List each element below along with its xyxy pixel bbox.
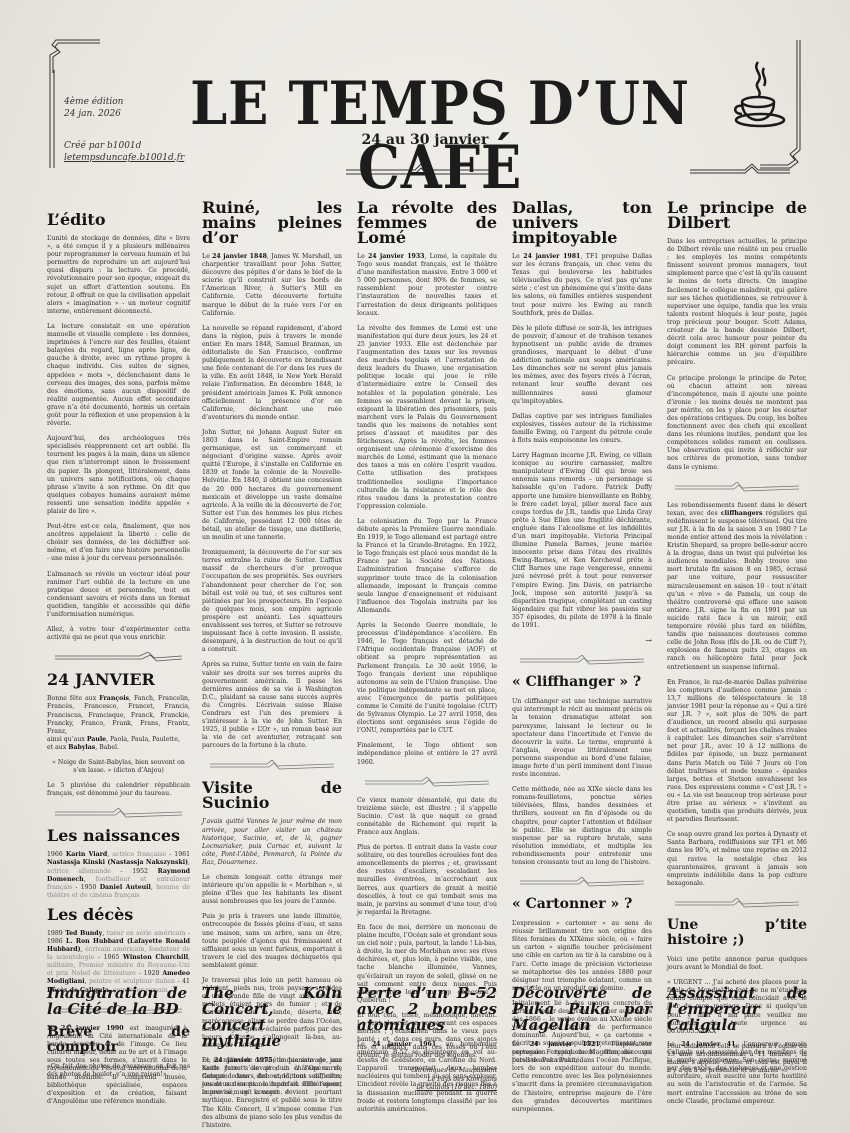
section-divider [55, 652, 182, 662]
column-2: Ruiné, les mains pleines d’or Le 24 janv… [202, 200, 342, 1104]
edition-date: 24 jan. 2026 [64, 108, 123, 120]
edito-paragraph: L’unité de stockage de données, dite « l… [47, 235, 190, 316]
bottom-article-5: Assassinat de l’empereur Caligula Le 24 … [667, 985, 807, 1113]
bottom-article-title: Perte d’un B-52 avec 2 bombes atomiques [357, 985, 497, 1033]
bottom-article-title: Assassinat de l’empereur Caligula [667, 985, 807, 1033]
edito-paragraph: Aujourd’hui, des archéologues très spéci… [47, 435, 190, 516]
dallas-paragraph: Le 24 janvier 1981, TF1 propulse Dallas … [512, 253, 652, 318]
lome-paragraph: La révolte des femmes de Lomé est une ma… [357, 325, 497, 511]
section-divider [520, 877, 644, 887]
column-4: Dallas, ton univers impitoyable Le 24 ja… [512, 200, 652, 1072]
ruine-paragraph: Après sa ruine, Sutter tente en vain de … [202, 661, 342, 750]
lome-paragraph: La colonisation du Togo par la France dé… [357, 518, 497, 615]
section-divider [55, 808, 182, 818]
newspaper-page: LE TEMPS D’UN CAFÉ 24 au 30 janvier 4ème… [0, 0, 850, 1133]
bottom-article-2: The Köln Concert, le concert mythique Le… [202, 985, 342, 1133]
ruine-paragraph: Ironiquement, la découverte de l’or sur … [202, 549, 342, 654]
cliffhanger-paragraph: Cette méthode, née au XIXe siècle dans l… [512, 786, 652, 867]
dallas-title: Dallas, ton univers impitoyable [512, 200, 652, 245]
creator-info: Créé par b1001d letempsduncafe.b1001d.fr [64, 140, 184, 164]
sucinio-paragraph: Le chemin longeait cette étrange mer int… [202, 874, 342, 906]
continue-arrow-icon: → [512, 637, 652, 645]
sucinio-paragraph: Plus de portes. Il entrait dans la vaste… [357, 844, 497, 917]
naissances-title: Les naissances [47, 828, 190, 843]
saints-fete: Bonne fête aux François, Fanch, Franceli… [47, 695, 190, 752]
section-divider [210, 760, 334, 770]
edito-paragraph: Peut-être est-ce cela, finalement, que n… [47, 523, 190, 563]
cartonner-title: « Cartonner » ? [512, 897, 652, 912]
dilbert-title: Le principe de Dilbert [667, 200, 807, 230]
bottom-article-4: Découverte de Puka Puka par Magellan Le … [512, 985, 652, 1121]
bottom-article-title: Inauguration de la Cité de la BD [47, 985, 187, 1017]
bottom-article-text: Le 24 janvier 1990 est inaugurée à Angou… [47, 1025, 187, 1106]
republicain-calendar: Le 5 pluviôse du calendrier républicain … [47, 782, 190, 798]
ruine-paragraph: La nouvelle se répand rapidement, d’abor… [202, 325, 342, 422]
dallas-suite-paragraph: En France, le raz-de-marée Dallas pulvér… [667, 679, 807, 825]
sucinio-paragraph: Ce vieux manoir démantelé, qui date du t… [357, 797, 497, 837]
ruine-title: Ruiné, les mains pleines d’or [202, 200, 342, 245]
lome-title: La révolte des femmes de Lomé [357, 200, 497, 245]
column-3: La révolte des femmes de Lomé Le 24 janv… [357, 200, 497, 1092]
ruine-paragraph: Le 24 janvier 1848, James W. Marshall, u… [202, 253, 342, 318]
bottom-article-title: Découverte de Puka Puka par Magellan [512, 985, 652, 1033]
dallas-paragraph: Larry Hagman incarne J.R. Ewing, ce vill… [512, 452, 652, 630]
edition-number: 4ème édition [64, 96, 123, 108]
sucinio-title: Visite de Sucinio [202, 780, 342, 810]
lome-paragraph: Après la Seconde Guerre mondiale, le pro… [357, 622, 497, 735]
section-divider [520, 655, 644, 665]
edito-paragraph: L’almanach se révèle un vecteur idéal po… [47, 571, 190, 620]
saints-title: 24 JANVIER [47, 672, 190, 687]
edito-title: L’édito [47, 212, 190, 227]
dilbert-paragraph: Ce principe prolonge le principe de Pete… [667, 375, 807, 472]
edito-paragraph: La lecture consistait en une opération m… [47, 323, 190, 428]
dallas-suite-paragraph: Les rebondissements fusent dans le déser… [667, 502, 807, 672]
edition-info: 4ème édition 24 jan. 2026 [64, 96, 123, 120]
dallas-paragraph: Dallas captive par ses intrigues familia… [512, 413, 652, 445]
website-link[interactable]: letempsduncafe.b1001d.fr [64, 152, 184, 164]
bottom-article-text: Le 24 janvier 1961, un bombardier améric… [357, 1041, 497, 1114]
creator-name: Créé par b1001d [64, 140, 184, 152]
sucinio-paragraph: Puis je pris à travers une lande illimit… [202, 913, 342, 970]
column-5: Le principe de Dilbert Dans les entrepri… [667, 200, 807, 1082]
cliffhanger-paragraph: Un cliffhanger est une technique narrati… [512, 698, 652, 779]
bottom-article-title: The Köln Concert, le concert mythique [202, 985, 342, 1049]
dallas-paragraph: Dès le pilote diffusé ce soir-là, les in… [512, 325, 652, 406]
coffee-cup-icon [722, 58, 788, 128]
section-divider [365, 777, 489, 787]
sucinio-paragraph: J’avais quitté Vannes le jour même de mo… [202, 818, 342, 867]
bottom-article-text: Le 24 janvier 1975, le pianiste de jazz … [202, 1057, 342, 1130]
dicton: « Neige de Saint-Babylas, bien souvent o… [47, 759, 190, 775]
bottom-article-text: Le 24 janvier 41, l’empereur romain Cali… [667, 1041, 807, 1106]
naissances-list: 1966 Karin Viard, actrice française - 19… [47, 851, 190, 900]
masthead-subtitle: 24 au 30 janvier [300, 132, 550, 148]
bottom-article-3: Perte d’un B-52 avec 2 bombes atomiques … [357, 985, 497, 1121]
section-divider [675, 482, 799, 492]
cliffhanger-title: « Cliffhanger » ? [512, 675, 652, 690]
lome-paragraph: Le 24 janvier 1933, Lomé, la capitale du… [357, 253, 497, 318]
column-1: L’édito L’unité de stockage de données, … [47, 212, 190, 1086]
section-divider [675, 898, 799, 908]
histoire-paragraph: Voici une petite annonce parue quelques … [667, 956, 807, 972]
dilbert-paragraph: Dans les entreprises actuelles, le princ… [667, 238, 807, 368]
lome-paragraph: Finalement, le Togo obtient son indépend… [357, 742, 497, 766]
cartonner-paragraph: L’expression « cartonner » au sens de ré… [512, 920, 652, 993]
dallas-suite-paragraph: Ce soap ouvre grand les portes à Dynasty… [667, 831, 807, 888]
bottom-article-text: Le 24 janvier 1521, l’explorateur portug… [512, 1041, 652, 1114]
histoire-title: Une p’tite histoire ;) [667, 918, 807, 948]
ruine-paragraph: John Sutter, né Johann August Suter en 1… [202, 429, 342, 542]
masthead: LE TEMPS D’UN CAFÉ 24 au 30 janvier 4ème… [0, 0, 850, 190]
deces-title: Les décès [47, 907, 190, 922]
edito-paragraph: Allez, à votre tour d’expérimenter cette… [47, 626, 190, 642]
bottom-article-1: Inauguration de la Cité de la BD Le 24 j… [47, 985, 187, 1113]
